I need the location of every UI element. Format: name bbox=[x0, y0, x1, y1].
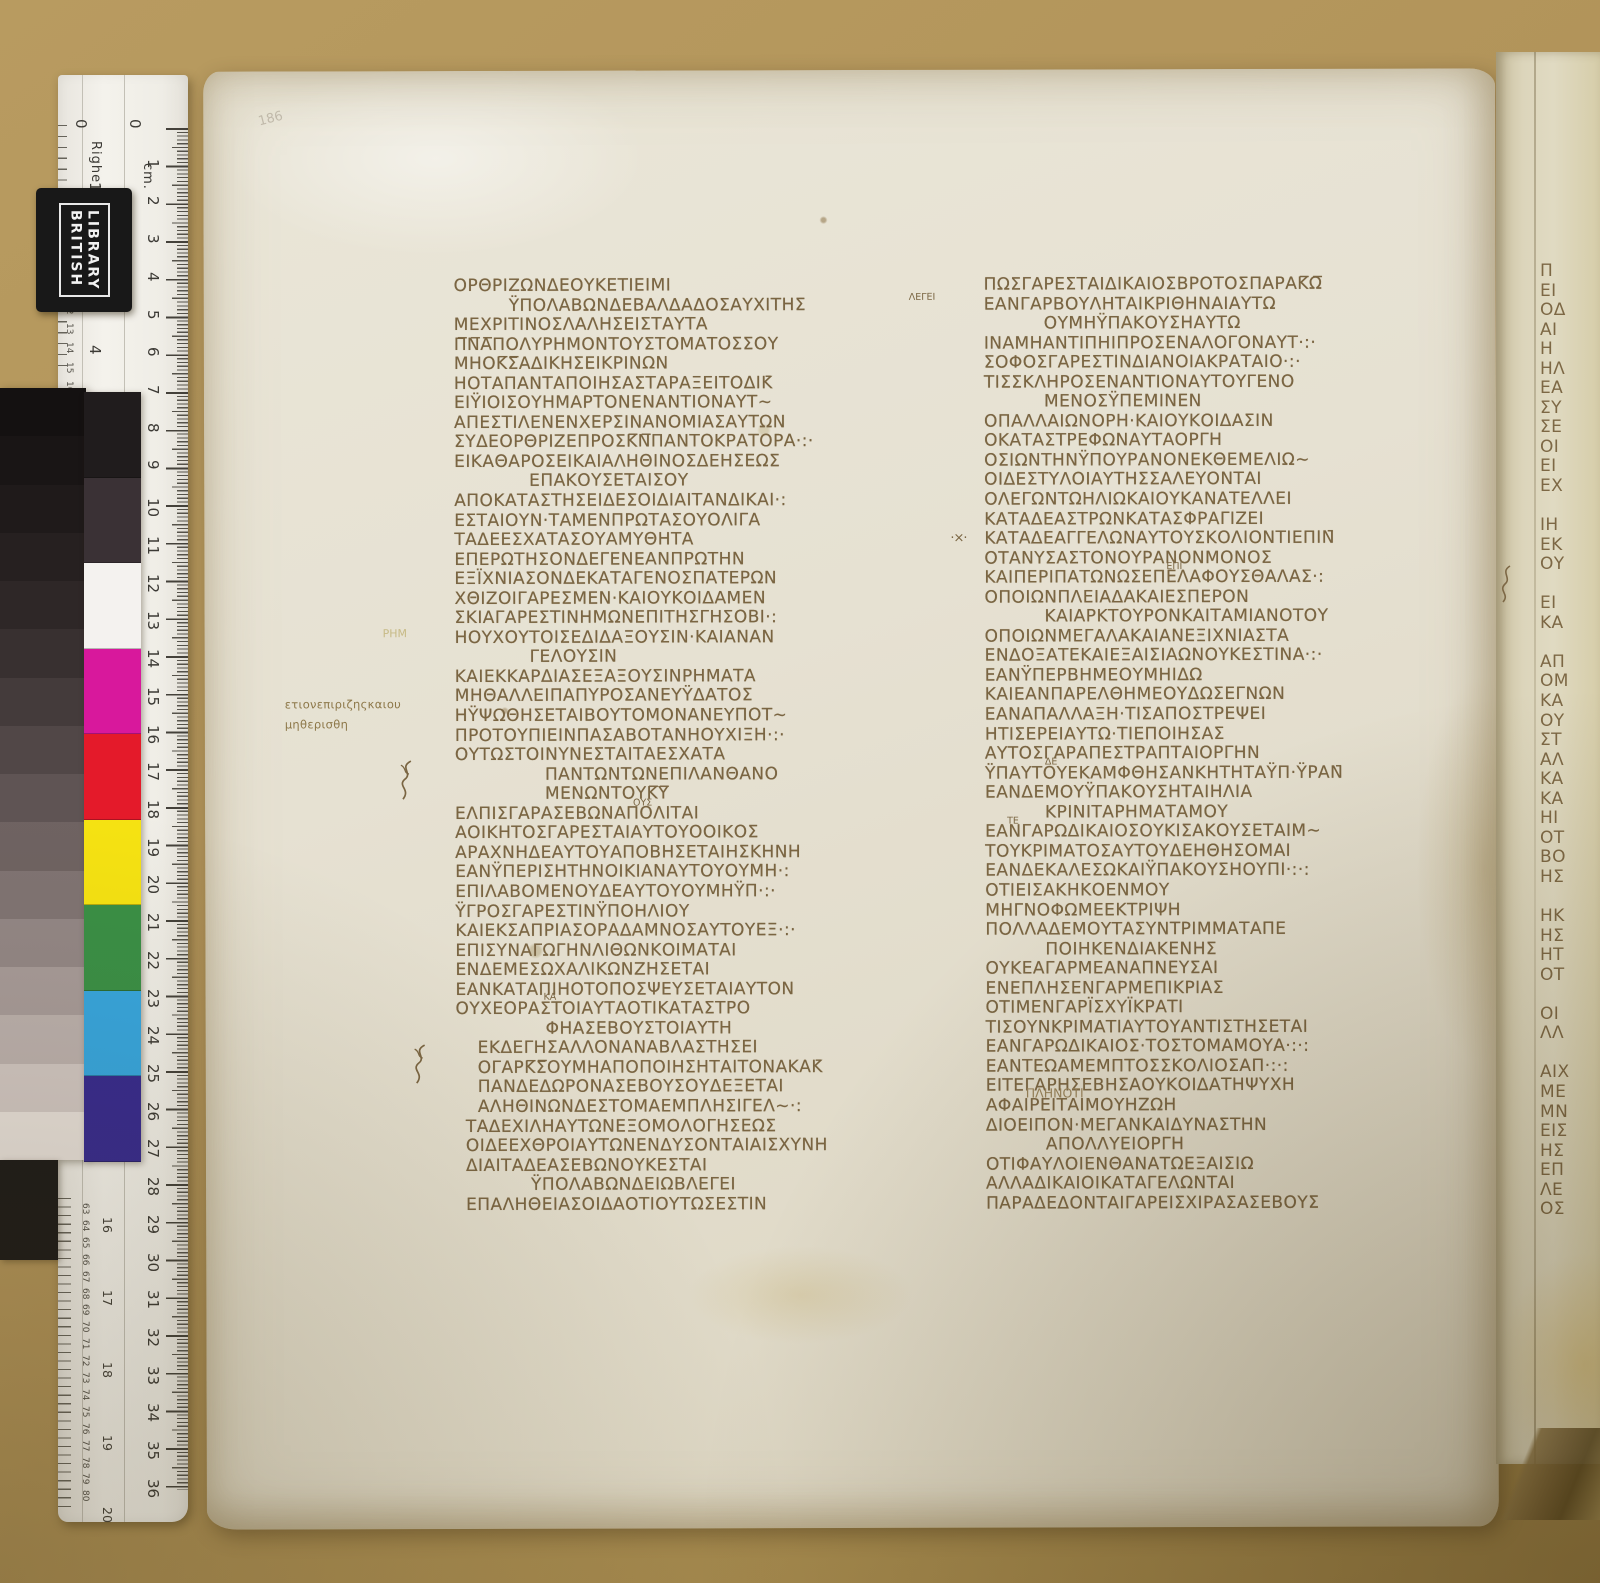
ruler-cm-number: 15 bbox=[144, 687, 162, 706]
manuscript-text-line: ΕΑΝΤΕΩΑΜΕΜΠΤΟΣΣΚΟΛΙΟΣΑΠ·:·: bbox=[986, 1057, 1344, 1077]
ruler-bottom-small-number: 77 bbox=[80, 1440, 90, 1451]
manuscript-text-line: ΫΠΟΛΑΒΩΝΔΕΒΑΛΔΑΔΟΣΑΥΧΙΤΗΣ bbox=[454, 296, 826, 317]
gray-step bbox=[0, 967, 86, 1015]
color-patch-dark-gray bbox=[84, 478, 141, 564]
gray-step bbox=[0, 581, 86, 629]
ruler-cm-number: 36 bbox=[144, 1479, 162, 1498]
facing-partial-line bbox=[1540, 1044, 1570, 1064]
facing-partial-line: ΗΤ bbox=[1540, 946, 1570, 966]
facing-partial-line: ΛΛ bbox=[1540, 1024, 1570, 1044]
manuscript-text-line: ΚΑΙΕΚΚΑΡΔΙΑΣΕΞΑΞΟΥΣΙΝΡΗΜΑΤΑ bbox=[455, 667, 827, 688]
facing-partial-line: ΟΔ bbox=[1540, 301, 1570, 321]
ruler-zero-label: 0 bbox=[126, 119, 144, 129]
manuscript-text-line: ΟΤΙΦΑΥΛΟΙΕΝΘΑΝΑΤΩΕΞΑΙΣΙΩ bbox=[986, 1154, 1344, 1174]
manuscript-text-line: ΕΞΪΧΝΙΑΣΟΝΔΕΚΑΤΑΓΕΝΟΣΠΑΤΕΡΩΝ bbox=[454, 569, 826, 590]
manuscript-text-line: ΫΓΡΟΣΓΑΡΕΣΤΙΝΫΠΟΗΛΙΟΥ bbox=[455, 902, 827, 923]
manuscript-text-line: ΟΙΔΕΣΤΥΛΟΙΑΥΤΗΣΣΑΛΕΥΟΝΤΑΙ bbox=[984, 470, 1342, 490]
manuscript-text-line: ΧΘΙΖΟΙΓΑΡΕΣΜΕΝ·ΚΑΙΟΥΚΟΙΔΑΜΕΝ bbox=[454, 589, 826, 610]
ruler-bottom-ticks bbox=[58, 1198, 71, 1510]
manuscript-text-line: ΔΙΟΕΙΠΟΝ·ΜΕΓΑΝΚΑΙΔΥΝΑΣΤΗΝ bbox=[986, 1115, 1344, 1135]
ruler-cm-number: 31 bbox=[144, 1290, 162, 1309]
interlinear-correction: ΕΠΙ bbox=[1166, 561, 1182, 572]
ruler-cm-number: 4 bbox=[144, 272, 162, 282]
british-library-tag-line2: LIBRARY bbox=[85, 210, 101, 291]
manuscript-text-line: ΑΟΙΚΗΤΟΣΓΑΡΕΣΤΑΙΑΥΤΟΥΟΟΙΚΟΣ bbox=[455, 823, 827, 844]
facing-partial-line: ΟΥ bbox=[1540, 712, 1570, 732]
ruler-bottom-small-number: 74 bbox=[80, 1389, 90, 1400]
facing-partial-line: ΕΙ bbox=[1540, 457, 1570, 477]
facing-partial-line: ΕΚ bbox=[1540, 536, 1570, 556]
facing-partial-line bbox=[1540, 888, 1570, 908]
ruler-cm-number: 2 bbox=[144, 196, 162, 206]
manuscript-text-line: ΚΑΙΑΡΚΤΟΥΡΟΝΚΑΙΤΑΜΙΑΝΟΤΟΥ bbox=[985, 607, 1343, 627]
manuscript-text-line: ΫΠΑΥΤΟΥΕΚΑΜΦΘΗΣΑΝΚΗΤΗΤΑΫΠ·ΫΡΑΝ̄ bbox=[985, 763, 1343, 783]
ruler-cm-number: 32 bbox=[144, 1328, 162, 1347]
ruler-cm-number: 29 bbox=[144, 1215, 162, 1234]
ruler-cm-number: 10 bbox=[144, 498, 162, 517]
ruler-bottom-small-number: 72 bbox=[80, 1355, 90, 1366]
british-library-tag: BRITISH LIBRARY bbox=[36, 188, 132, 312]
facing-partial-line bbox=[1540, 575, 1570, 595]
facing-partial-line: ΟΤ bbox=[1540, 966, 1570, 986]
facing-partial-line: ΗΣ bbox=[1540, 1142, 1570, 1162]
manuscript-text-line: ΦΗΑΣΕΒΟΥΣΤΟΙΑΥΤΗ bbox=[456, 1019, 828, 1040]
manuscript-text-line: ΑΥΤΟΣΓΑΡΑΠΕΣΤΡΑΠΤΑΙΟΡΓΗΝ bbox=[985, 744, 1343, 764]
ruler-bottom-small-number: 70 bbox=[80, 1321, 90, 1332]
british-library-tag-line1: BRITISH bbox=[68, 210, 84, 291]
coronis-mark bbox=[397, 759, 417, 801]
gray-step bbox=[0, 1015, 86, 1063]
ruler-cm-number: 14 bbox=[144, 649, 162, 668]
color-patch-magenta bbox=[84, 649, 141, 735]
marginal-correction-note: ετιονεπιριζηςκαιου bbox=[285, 697, 401, 711]
ruler-bottom-small-number: 69 bbox=[80, 1304, 90, 1315]
gray-step bbox=[0, 774, 86, 822]
manuscript-text-line: ΕΠΑΚΟΥΣΕΤΑΙΣΟΥ bbox=[454, 472, 826, 493]
interlinear-correction: ΤΕ bbox=[1007, 816, 1019, 827]
gray-step bbox=[0, 533, 86, 581]
facing-partial-line: ΛΕ bbox=[1540, 1181, 1570, 1201]
manuscript-text-line: ΜΕΧΡΙΤΙΝΟΣΛΑΛΗΣΕΙΣΤΑΥΤΑ bbox=[454, 315, 826, 336]
manuscript-text-line: ΟΚΑΤΑΣΤΡΕΦΩΝΑΥΤΑΟΡΓΗ bbox=[984, 431, 1342, 451]
ruler-cm-number: 28 bbox=[144, 1177, 162, 1196]
ruler-bottom-big-number: 19 bbox=[100, 1435, 115, 1451]
manuscript-text-line: ΟΠΟΙΩΝΠΛΕΙΑΔΑΚΑΙΕΣΠΕΡΟΝ bbox=[984, 587, 1342, 607]
facing-partial-line: ΚΑ bbox=[1540, 790, 1570, 810]
manuscript-text-line: ΑΛΛΑΔΙΚΑΙΟΙΚΑΤΑΓΕΛΩΝΤΑΙ bbox=[986, 1174, 1344, 1194]
gray-step bbox=[0, 678, 86, 726]
ruler-bottom-small-number: 68 bbox=[80, 1288, 90, 1299]
manuscript-text-line: ΠΡΟΤΟΥΠΙΕΙΝΠΑΣΑΒΟΤΑΝΗΟΥΧΙΞΗ·:· bbox=[455, 726, 827, 747]
manuscript-text-line: ΣΥΔΕΟΡΘΡΙΖΕΠΡΟΣΚ̅Ν̅ΠΑΝΤΟΚΡΑΤΟΡΑ·:· bbox=[454, 432, 826, 453]
manuscript-text-line: ΤΑΔΕΧΙΛΗΑΥΤΩΝΕΞΟΜΟΛΟΓΗΣΕΩΣ bbox=[456, 1117, 828, 1138]
diple-asterisk-mark: ·×· bbox=[950, 531, 966, 546]
ruler-inner-zero: 0 bbox=[72, 119, 90, 129]
facing-partial-line: ΜΕ bbox=[1540, 1083, 1570, 1103]
color-calibration-strip bbox=[84, 392, 141, 1162]
interlinear-correction: ΔΕ bbox=[1045, 756, 1058, 767]
marginal-correction-note: ΠΛΗΝΟΤΙ bbox=[1026, 1085, 1084, 1100]
manuscript-text-line: ΣΟΦΟΣΓΑΡΕΣΤΙΝΔΙΑΝΟΙΑΚΡΑΤΑΙΟ·:· bbox=[984, 353, 1342, 373]
manuscript-text-line: ΤΙΣΟΥΝΚΡΙΜΑΤΙΑΥΤΟΥΑΝΤΙΣΤΗΣΕΤΑΙ bbox=[986, 1017, 1344, 1037]
ruler-cm-number: 18 bbox=[144, 800, 162, 819]
ruler-mid-small-number: 15 bbox=[64, 362, 74, 373]
manuscript-text-line: ΟΤΙΕΙΣΑΚΗΚΟΕΝΜΟΥ bbox=[985, 881, 1343, 901]
manuscript-text-line: ΗΟΥΧΟΥΤΟΙΣΕΔΙΔΑΞΟΥΣΙΝ·ΚΑΙΑΝΑΝ bbox=[455, 628, 827, 649]
manuscript-text-line: ΜΗΘΑΛΛΕΙΠΑΠΥΡΟΣΑΝΕΥΫΔΑΤΟΣ bbox=[455, 687, 827, 708]
facing-partial-line: ΕΙ bbox=[1540, 594, 1570, 614]
facing-page-partial-text: ΠΕΙΟΔΑΙΗΗΛΕΑΣΥΣΕΟΙΕΙΕΧΙΗΕΚΟΥΕΙΚΑΑΠΟΜΚΑΟΥ… bbox=[1540, 262, 1570, 1220]
facing-partial-line: ΣΕ bbox=[1540, 418, 1570, 438]
manuscript-text-line: ΟΥΜΗΫΠΑΚΟΥΣΗΑΥΤΩ bbox=[984, 314, 1342, 334]
ruler-cm-number: 20 bbox=[144, 875, 162, 894]
manuscript-text-line: ΠΟΙΗΚΕΝΔΙΑΚΕΝΗΣ bbox=[985, 939, 1343, 959]
ruler-bottom-small-number: 67 bbox=[80, 1271, 90, 1282]
ruler-cm-number: 11 bbox=[144, 536, 162, 555]
ruler-cm-number: 22 bbox=[144, 951, 162, 970]
facing-partial-line: ΟΙ bbox=[1540, 1005, 1570, 1025]
interlinear-correction: ΚΑ bbox=[544, 992, 557, 1003]
manuscript-text-line: ΟΠΟΙΩΝΜΕΓΑΛΑΚΑΙΑΝΕΞΙΧΝΙΑΣΤΑ bbox=[985, 627, 1343, 647]
ruler-cm-number: 35 bbox=[144, 1441, 162, 1460]
calibration-end-block bbox=[0, 1160, 58, 1260]
manuscript-text-line: ΟΣΙΩΝΤΗΝΫΠΟΥΡΑΝΟΝΕΚΘΕΜΕΛΙΩ~ bbox=[984, 451, 1342, 471]
manuscript-text-line: ΟΤΑΝΥΣΑΣΤΟΝΟΥΡΑΝΟΝΜΟΝΟΣ bbox=[984, 548, 1342, 568]
facing-partial-line: ΑΙΧ bbox=[1540, 1063, 1570, 1083]
ruler-cm-number: 3 bbox=[144, 234, 162, 244]
manuscript-text-line: ΕΝΕΠΛΗΣΕΝΓΑΡΜΕΠΙΚΡΙΑΣ bbox=[985, 978, 1343, 998]
manuscript-text-line: ΠΑΝΔΕΔΩΡΟΝΑΣΕΒΟΥΣΟΥΔΕΞΕΤΑΙ bbox=[456, 1077, 828, 1098]
manuscript-text-line: ΟΥΧΕΟΡΑΣΤΟΙΑΥΤΑΟΤΙΚΑΤΑΣΤΡΟ bbox=[456, 999, 828, 1020]
manuscript-text-line: ΗΤΙΣΕΡΕΙΑΥΤΩ·ΤΙΕΠΟΙΗΣΑΣ bbox=[985, 724, 1343, 744]
facing-partial-line bbox=[1540, 985, 1570, 1005]
gray-step bbox=[0, 629, 86, 677]
manuscript-text-line: ΠΩΣΓΑΡΕΣΤΑΙΔΙΚΑΙΟΣΒΡΟΤΟΣΠΑΡΑΚ̅Ω̅ bbox=[984, 275, 1342, 295]
manuscript-text-line: ΙΝΑΜΗΑΝΤΙΠΗΙΠΡΟΣΕΝΑΛΟΓΟΝΑΥΤ·:· bbox=[984, 333, 1342, 353]
ruler-bottom-small-number: 65 bbox=[80, 1237, 90, 1248]
manuscript-text-line: ΕΠΙΣΥΝΑΓΩΓΗΝΛΙΘΩΝΚΟΙΜΑΤΑΙ bbox=[455, 941, 827, 962]
interlinear-correction: ΟΥΣ bbox=[633, 798, 652, 809]
british-library-tag-frame: BRITISH LIBRARY bbox=[59, 203, 110, 298]
facing-partial-line: ΑΛ bbox=[1540, 751, 1570, 771]
manuscript-text-line: ΕΑΝΓΑΡΩΔΙΚΑΙΟΣ·ΤΟΣΤΟΜΑΜΟΥΑ·:·: bbox=[986, 1037, 1344, 1057]
facing-partial-line: ΗΚ bbox=[1540, 907, 1570, 927]
gray-step bbox=[0, 485, 86, 533]
manuscript-text-line: ΚΑΤΑΔΕΑΣΤΡΩΝΚΑΤΑΣΦΡΑΓΙΖΕΙ bbox=[984, 509, 1342, 529]
ruler-righe-number: 4 bbox=[86, 345, 104, 355]
manuscript-text-line: ΟΡΘΡΙΖΩΝΔΕΟΥΚΕΤΙΕΙΜΙ bbox=[454, 276, 826, 297]
manuscript-text-line: ΚΑΙΕΚΣΑΠΡΙΑΣΟΡΑΔΑΜΝΟΣΑΥΤΟΥΕΞ·:· bbox=[455, 921, 827, 942]
text-column-left: ΟΡΘΡΙΖΩΝΔΕΟΥΚΕΤΙΕΙΜΙΫΠΟΛΑΒΩΝΔΕΒΑΛΔΑΔΟΣΑΥ… bbox=[454, 276, 828, 1215]
ruler-cm-number: 27 bbox=[144, 1139, 162, 1158]
facing-partial-line: ΕΑ bbox=[1540, 379, 1570, 399]
ruler-cm-number: 7 bbox=[144, 385, 162, 395]
ruler-5mm-ticks bbox=[172, 128, 188, 1490]
grayscale-calibration-wedge bbox=[0, 388, 86, 1160]
facing-partial-line: ΑΠ bbox=[1540, 653, 1570, 673]
manuscript-text-line: ΣΚΙΑΓΑΡΕΣΤΙΝΗΜΩΝΕΠΙΤΗΣΓΗΣΟΒΙ·: bbox=[455, 608, 827, 629]
facing-partial-line: ΟΜ bbox=[1540, 672, 1570, 692]
facing-partial-line: ΟΙ bbox=[1540, 438, 1570, 458]
ruler-cm-number: 19 bbox=[144, 838, 162, 857]
manuscript-text-line: ΜΗΓΝΟΦΩΜΕΕΚΤΡΙΨΗ bbox=[985, 900, 1343, 920]
color-patch-red bbox=[84, 734, 141, 820]
ruler-cm-number: 24 bbox=[144, 1026, 162, 1045]
ruler-bottom-small-number: 73 bbox=[80, 1372, 90, 1383]
marginal-correction-note: μηθερισθη bbox=[285, 717, 348, 731]
facing-partial-line: ΑΙ bbox=[1540, 321, 1570, 341]
manuscript-text-line: ΠΑΝΤΩΝΤΩΝΕΠΙΛΑΝΘΑΝΟ bbox=[455, 765, 827, 786]
manuscript-text-line: ΕΑΝΔΕΜΟΥΫΠΑΚΟΥΣΗΤΑΙΗΛΙΑ bbox=[985, 783, 1343, 803]
facing-partial-line: ΣΤ bbox=[1540, 731, 1570, 751]
ruler-cm-number: 23 bbox=[144, 989, 162, 1008]
gray-step bbox=[0, 726, 86, 774]
manuscript-text-line: ΕΑΝΚΑΤΑΠΙΗΟΤΟΠΟΣΨΕΥΣΕΤΑΙΑΥΤΟΝ bbox=[455, 980, 827, 1001]
manuscript-text-line: ΟΤΙΜΕΝΓΑΡΪΣΧΥΪΚΡΑΤΙ bbox=[986, 998, 1344, 1018]
color-patch-black bbox=[84, 392, 141, 478]
facing-partial-line bbox=[1540, 497, 1570, 517]
manuscript-text-line: ΟΛΕΓΩΝΤΩΗΛΙΩΚΑΙΟΥΚΑΝΑΤΕΛΛΕΙ bbox=[984, 490, 1342, 510]
manuscript-text-line: ΕΑΝΑΠΑΛΛΑΞΗ·ΤΙΣΑΠΟΣΤΡΕΨΕΙ bbox=[985, 705, 1343, 725]
manuscript-text-line: ΕΑΝΫΠΕΡΙΣΗΤΗΝΟΙΚΙΑΝΑΥΤΟΥΟΥΜΗ·: bbox=[455, 862, 827, 883]
manuscript-text-line: ΟΠΑΛΛΑΙΩΝΟΡΗ·ΚΑΙΟΥΚΟΙΔΑΣΙΝ bbox=[984, 412, 1342, 432]
facing-partial-line: Π bbox=[1540, 262, 1570, 282]
manuscript-text-line: ΑΛΗΘΙΝΩΝΔΕΣΤΟΜΑΕΜΠΛΗΣΙΓΕΛ~·: bbox=[456, 1097, 828, 1118]
manuscript-text-line: Π̅Ν̅Α̅ΠΟΛΥΡΗΜΟΝΤΟΥΣΤΟΜΑΤΟΣΣΟΥ bbox=[454, 335, 826, 356]
ruler-bottom-small-number: 78 bbox=[80, 1457, 90, 1468]
ruler-cm-number: 5 bbox=[144, 310, 162, 320]
manuscript-text-line: ΕΑΝΔΕΚΑΛΕΣΩΚΑΙΫΠΑΚΟΥΣΗΟΥΠΙ·:·: bbox=[985, 861, 1343, 881]
color-patch-blue bbox=[84, 1076, 141, 1162]
facing-partial-line: ΗΛ bbox=[1540, 360, 1570, 380]
facing-partial-line: ΣΥ bbox=[1540, 399, 1570, 419]
ruler-bottom-small-number: 63 bbox=[80, 1203, 90, 1214]
manuscript-text-line: ΑΠΕΣΤΙΛΕΝΕΝΧΕΡΣΙΝΑΝΟΜΙΑΣΑΥΤΩΝ bbox=[454, 413, 826, 434]
color-patch-green bbox=[84, 905, 141, 991]
facing-partial-line: ΒΟ bbox=[1540, 848, 1570, 868]
ruler-cm-number: 34 bbox=[144, 1403, 162, 1422]
ruler-cm-number: 1 bbox=[144, 159, 162, 169]
facing-partial-line: ΚΑ bbox=[1540, 692, 1570, 712]
ruler-mid-small-number: 14 bbox=[64, 342, 74, 353]
coronis-mark bbox=[1498, 564, 1516, 604]
facing-partial-line: ΕΧ bbox=[1540, 477, 1570, 497]
manuscript-text-line: ΕΑΝΫΠΕΡΒΗΜΕΟΥΜΗΙΔΩ bbox=[985, 666, 1343, 686]
gray-step bbox=[0, 822, 86, 870]
facing-page-edge: ΠΕΙΟΔΑΙΗΗΛΕΑΣΥΣΕΟΙΕΙΕΧΙΗΕΚΟΥΕΙΚΑΑΠΟΜΚΑΟΥ… bbox=[1496, 52, 1600, 1464]
gray-step bbox=[0, 436, 86, 484]
facing-partial-line: Η bbox=[1540, 340, 1570, 360]
facing-partial-line: ΜΝ bbox=[1540, 1103, 1570, 1123]
facing-partial-line: ΟΣ bbox=[1540, 1200, 1570, 1220]
manuscript-text-line: ΠΑΡΑΔΕΔΟΝΤΑΙΓΑΡΕΙΣΧΙΡΑΣΑΣΕΒΟΥΣ bbox=[986, 1193, 1344, 1213]
ruler-bottom-small-number: 80 bbox=[80, 1490, 90, 1501]
facing-partial-line: ΚΑ bbox=[1540, 770, 1570, 790]
color-patch-yellow bbox=[84, 820, 141, 906]
ruler-cm-ticks bbox=[166, 128, 188, 1491]
ruler-bottom-big-number: 16 bbox=[100, 1217, 115, 1233]
facing-partial-line: ΕΠ bbox=[1540, 1161, 1570, 1181]
manuscript-text-line: ΕΙΫΙΟΙΣΟΥΗΜΑΡΤΟΝΕΝΑΝΤΙΟΝΑΥΤ~ bbox=[454, 393, 826, 414]
facing-partial-line: ΗΣ bbox=[1540, 868, 1570, 888]
manuscript-text-line: ΜΕΝΟΣΫΠΕΜΙΝΕΝ bbox=[984, 392, 1342, 412]
manuscript-text-line: ΕΠΕΡΩΤΗΣΟΝΔΕΓΕΝΕΑΝΠΡΩΤΗΝ bbox=[454, 550, 826, 571]
facing-partial-line bbox=[1540, 633, 1570, 653]
manuscript-page: ΟΡΘΡΙΖΩΝΔΕΟΥΚΕΤΙΕΙΜΙΫΠΟΛΑΒΩΝΔΕΒΑΛΔΑΔΟΣΑΥ… bbox=[203, 68, 1499, 1529]
manuscript-text-line: ΤΙΣΣΚΛΗΡΟΣΕΝΑΝΤΙΟΝΑΥΤΟΥΓΕΝΟ bbox=[984, 372, 1342, 392]
manuscript-text-line: ΑΠΟΚΑΤΑΣΤΗΣΕΙΔΕΣΟΙΔΙΑΙΤΑΝΔΙΚΑΙ·: bbox=[454, 491, 826, 512]
ruler-cm-number: 25 bbox=[144, 1064, 162, 1083]
manuscript-text-line: ΠΟΛΛΑΔΕΜΟΥΤΑΣΥΝΤΡΙΜΜΑΤΑΠΕ bbox=[985, 920, 1343, 940]
manuscript-text-line: ΚΑΤΑΔΕΑΓΓΕΛΩΝΑΥΤΟΥΣΚΟΛΙΟΝΤΙΕΠΙΝ̄ bbox=[984, 529, 1342, 549]
facing-partial-line: ΟΥ bbox=[1540, 555, 1570, 575]
text-column-right: ΠΩΣΓΑΡΕΣΤΑΙΔΙΚΑΙΟΣΒΡΟΤΟΣΠΑΡΑΚ̅Ω̅ΕΑΝΓΑΡΒΟ… bbox=[984, 275, 1345, 1214]
manuscript-text-line: ΕΝΔΟΞΑΤΕΚΑΙΕΞΑΙΣΙΑΩΝΟΥΚΕΣΤΙΝΑ·:· bbox=[985, 646, 1343, 666]
gray-step bbox=[0, 1064, 86, 1112]
manuscript-text-line: ΜΗΟΚ̅Σ̅ΑΔΙΚΗΣΕΙΚΡΙΝΩΝ bbox=[454, 354, 826, 375]
ruler-cm-number: 17 bbox=[144, 762, 162, 781]
ruler-mm-ticks bbox=[177, 128, 188, 1490]
ruler-cm-number: 8 bbox=[144, 423, 162, 433]
facing-partial-line: ΕΙ bbox=[1540, 282, 1570, 302]
ruler-cm-number: 9 bbox=[144, 460, 162, 470]
facing-partial-line: ΙΗ bbox=[1540, 516, 1570, 536]
ruler-bottom-big-number: 20 bbox=[100, 1507, 115, 1523]
folio-number: 186 bbox=[257, 109, 285, 130]
manuscript-text-line: ΚΡΙΝΙΤΑΡΗΜΑΤΑΜΟΥ bbox=[985, 802, 1343, 822]
book-page-edges bbox=[1493, 1428, 1600, 1520]
ruler-cm-number: 12 bbox=[144, 574, 162, 593]
manuscript-text-line: ΫΠΟΛΑΒΩΝΔΕΙΩΒΛΕΓΕΙ bbox=[456, 1175, 828, 1196]
ruler-cm-number: 26 bbox=[144, 1102, 162, 1121]
manuscript-text-line: ΕΑΝΓΑΡΩΔΙΚΑΙΟΣΟΥΚΙΣΑΚΟΥΣΕΤΑΙΜ~ bbox=[985, 822, 1343, 842]
ruler-cm-number: 6 bbox=[144, 347, 162, 357]
manuscript-text-line: ΟΥΤΩΣΤΟΙΝΥΝΕΣΤΑΙΤΑΕΣΧΑΤΑ bbox=[455, 745, 827, 766]
manuscript-text-line: ΟΥΚΕΑΓΑΡΜΕΑΝΑΠΝΕΥΣΑΙ bbox=[985, 959, 1343, 979]
manuscript-text-line: ΚΑΙΠΕΡΙΠΑΤΩΝΩΣΕΠΕΛΑΦΟΥΣΘΑΛΑΣ·: bbox=[984, 568, 1342, 588]
ruler-cm-number: 30 bbox=[144, 1253, 162, 1272]
ruler-cm-number: 16 bbox=[144, 725, 162, 744]
color-patch-white bbox=[84, 563, 141, 649]
facing-partial-line: ΕΙΣ bbox=[1540, 1122, 1570, 1142]
ruler-bottom-big-number: 18 bbox=[100, 1362, 115, 1378]
manuscript-text-line: ΟΓΑΡΚ̅Σ̅ΟΥΜΗΑΠΟΠΟΙΗΣΗΤΑΙΤΟΝΑΚΑΚ̄ bbox=[456, 1058, 828, 1079]
manuscript-text-line: ΕΠΑΛΗΘΕΙΑΣΟΙΔΑΟΤΙΟΥΤΩΣΕΣΤΙΝ bbox=[456, 1195, 828, 1216]
manuscript-text-line: ΗΫΨΩΘΗΣΕΤΑΙΒΟΥΤΟΜΟΝΑΝΕΥΠΟΤ~ bbox=[455, 706, 827, 727]
facing-partial-line: ΗΙ bbox=[1540, 809, 1570, 829]
ruler-cm-number: 21 bbox=[144, 913, 162, 932]
manuscript-text-line: ΕΣΤΑΙΟΥΝ·ΤΑΜΕΝΠΡΩΤΑΣΟΥΟΛΙΓΑ bbox=[454, 511, 826, 532]
facing-partial-line: ΚΑ bbox=[1540, 614, 1570, 634]
gray-step bbox=[0, 1112, 86, 1160]
ruler-mid-small-number: 13 bbox=[64, 323, 74, 334]
gray-step bbox=[0, 388, 86, 436]
manuscript-text-line: ΑΠΟΛΛΥΕΙΟΡΓΗ bbox=[986, 1135, 1344, 1155]
ruler-bottom-small-number: 75 bbox=[80, 1406, 90, 1417]
manuscript-text-line: ΕΚΔΕΓΗΣΑΛΛΟΝΑΝΑΒΛΑΣΤΗΣΕΙ bbox=[456, 1038, 828, 1059]
ruler-cm-number: 33 bbox=[144, 1366, 162, 1385]
manuscript-text-line: ΤΑΔΕΕΣΧΑΤΑΣΟΥΑΜΥΘΗΤΑ bbox=[454, 530, 826, 551]
manuscript-text-line: ΚΑΙΕΑΝΠΑΡΕΛΘΗΜΕΟΥΔΩΣΕΓΝΩΝ bbox=[985, 685, 1343, 705]
color-patch-cyan bbox=[84, 991, 141, 1077]
manuscript-text-line: ΓΕΛΟΥΣΙΝ bbox=[455, 647, 827, 668]
ruler-cm-number: 13 bbox=[144, 611, 162, 630]
coronis-mark bbox=[411, 1043, 431, 1085]
manuscript-text-line: ΕΑΝΓΑΡΒΟΥΛΗΤΑΙΚΡΙΘΗΝΑΙΑΥΤΩ bbox=[984, 294, 1342, 314]
manuscript-text-line: ΔΙΑΙΤΑΔΕΑΣΕΒΩΝΟΥΚΕΣΤΑΙ bbox=[456, 1156, 828, 1177]
ruler-bottom-small-number: 79 bbox=[80, 1473, 90, 1484]
ruler-bottom-small-number: 64 bbox=[80, 1220, 90, 1231]
ruler-bottom-big-number: 17 bbox=[100, 1290, 115, 1306]
gray-step bbox=[0, 919, 86, 967]
manuscript-text-line: ΕΝΔΕΜΕΣΩΧΑΛΙΚΩΝΖΗΣΕΤΑΙ bbox=[455, 960, 827, 981]
ruler-bottom-small-number: 66 bbox=[80, 1254, 90, 1265]
facing-partial-line: ΗΣ bbox=[1540, 927, 1570, 947]
ruler-bottom-small-number: 71 bbox=[80, 1338, 90, 1349]
manuscript-text-line: ΟΙΔΕΕΧΘΡΟΙΑΥΤΩΝΕΝΔΥΣΟΝΤΑΙΑΙΣΧΥΝΗ bbox=[456, 1136, 828, 1157]
gray-step bbox=[0, 871, 86, 919]
facing-partial-line: ΟΤ bbox=[1540, 829, 1570, 849]
ruler-bottom-small-number: 76 bbox=[80, 1423, 90, 1434]
manuscript-text-line: ΕΙΚΑΘΑΡΟΣΕΙΚΑΙΑΛΗΘΙΝΟΣΔΕΗΣΕΩΣ bbox=[454, 452, 826, 473]
manuscript-text-line: ΕΠΙΛΑΒΟΜΕΝΟΥΔΕΑΥΤΟΥΟΥΜΗΫΠ·:· bbox=[455, 882, 827, 903]
marginal-gloss-faint: ΡΗΜ bbox=[383, 627, 407, 640]
interlinear-correction: ΛΕΓΕΙ bbox=[909, 292, 936, 303]
